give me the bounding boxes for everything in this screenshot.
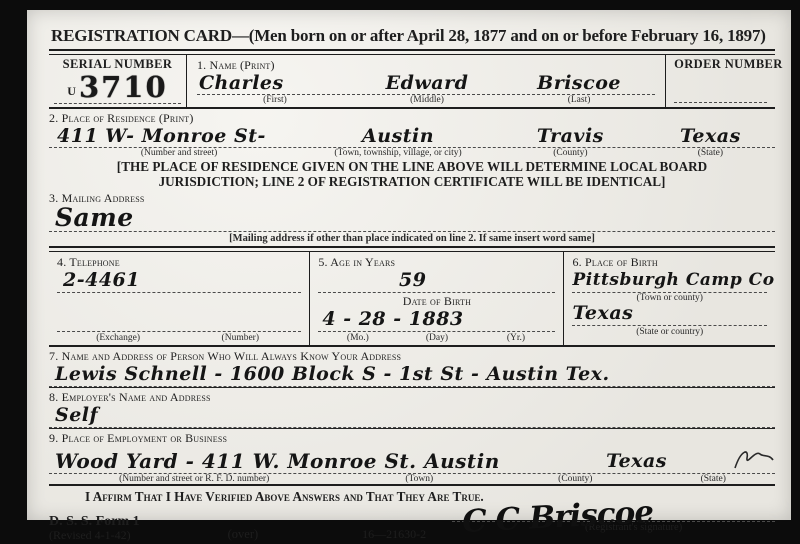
- birthplace-town-line: Pittsburgh Camp Co: [572, 270, 767, 293]
- telephone-box: 4. Telephone 2-4461 (Exchange) (Number): [49, 252, 310, 345]
- residence-sublabel-street: (Number and street): [49, 148, 301, 158]
- age-label: 5. Age in Years: [318, 254, 555, 270]
- name-sublabel-first: (First): [197, 95, 351, 105]
- signature-block: C C Briscoe (Registrant's signature): [452, 515, 775, 533]
- contact-value: Lewis Schnell - 1600 Block S - 1st St - …: [55, 364, 610, 385]
- birthplace-state: Texas: [572, 303, 633, 324]
- residence-state: Texas: [646, 126, 775, 147]
- mailing-entry-line: Same: [49, 206, 775, 231]
- order-number-box: ORDER NUMBER: [666, 55, 775, 107]
- card-title: REGISTRATION CARD—(Men born on or after …: [51, 26, 775, 46]
- dob-sublabel-month: (Mo.): [318, 333, 397, 343]
- dob-sublabels: (Mo.) (Day) (Yr.): [318, 332, 555, 345]
- contact-section: 7. Name and Address of Person Who Will A…: [49, 347, 775, 388]
- contact-label: 7. Name and Address of Person Who Will A…: [49, 348, 775, 364]
- employment-value: Wood Yard - 411 W. Monroe St. Austin: [55, 451, 500, 472]
- jurisdiction-notice: [THE PLACE OF RESIDENCE GIVEN ON THE LIN…: [49, 160, 775, 189]
- form-id: D. S. S. Form 1: [49, 515, 140, 529]
- birthplace-town: Pittsburgh Camp Co: [572, 270, 774, 291]
- age-entry-line: 59: [318, 270, 555, 293]
- telephone-label: 4. Telephone: [57, 254, 301, 270]
- serial-number-line: U 3710: [54, 73, 181, 104]
- residence-sublabel-state: (State): [646, 148, 775, 158]
- telephone-value: 2-4461: [63, 270, 140, 291]
- employer-value: Self: [55, 405, 98, 426]
- telephone-sublabels: (Exchange) (Number): [57, 332, 301, 345]
- jurisdiction-notice-line2: JURISDICTION; LINE 2 OF REGISTRATION CER…: [49, 175, 775, 190]
- serial-number-box: SERIAL NUMBER U 3710: [49, 55, 187, 107]
- age-box: 5. Age in Years 59 Date of Birth 4 - 28 …: [310, 252, 564, 345]
- dob-entry-line: 4 - 28 - 1883: [318, 309, 555, 332]
- name-first: Charles: [197, 73, 351, 94]
- mailing-value: Same: [55, 206, 134, 230]
- employer-section: 8. Employer's Name and Address Self: [49, 388, 775, 429]
- dob-label: Date of Birth: [318, 293, 555, 309]
- serial-prefix: U: [67, 84, 76, 102]
- employment-sublabels: (Number and street or R. F. D. number) (…: [49, 474, 775, 484]
- contact-entry-line: Lewis Schnell - 1600 Block S - 1st St - …: [49, 364, 775, 387]
- employment-state: Texas: [606, 451, 667, 472]
- telephone-sublabel-number: (Number): [179, 333, 301, 343]
- top-row: SERIAL NUMBER U 3710 1. Name (Print) Cha…: [49, 55, 775, 109]
- residence-county: Travis: [495, 126, 646, 147]
- age-value: 59: [399, 270, 426, 291]
- mailing-label: 3. Mailing Address: [49, 190, 775, 206]
- dob-sublabel-day: (Day): [397, 333, 476, 343]
- telephone-spacer: [57, 293, 301, 331]
- employer-entry-line: Self: [49, 405, 775, 428]
- pen-squiggle-mark: [733, 446, 775, 472]
- birthplace-state-line: Texas: [572, 303, 767, 326]
- residence-town: Austin: [301, 126, 495, 147]
- employment-sublabel-county: (County): [499, 474, 651, 484]
- serial-number-value: 3710: [79, 73, 168, 102]
- residence-entry-line: 411 W- Monroe St- Austin Travis Texas: [49, 126, 775, 148]
- form-revision: (Revised 4-1-42): [49, 529, 140, 542]
- name-sublabel-middle: (Middle): [351, 95, 503, 105]
- employment-section: 9. Place of Employment or Business Wood …: [49, 429, 775, 486]
- residence-number-street: 411 W- Monroe St-: [49, 126, 301, 147]
- employment-sublabel-state: (State): [652, 474, 775, 484]
- residence-sublabel-town: (Town, township, village, or city): [301, 148, 495, 158]
- dob-sublabel-year: (Yr.): [476, 333, 555, 343]
- residence-sublabels: (Number and street) (Town, township, vil…: [49, 148, 775, 158]
- employment-divider: [49, 484, 775, 486]
- jurisdiction-notice-line1: [THE PLACE OF RESIDENCE GIVEN ON THE LIN…: [49, 160, 775, 175]
- residence-sublabel-county: (County): [495, 148, 646, 158]
- birthplace-label: 6. Place of Birth: [572, 254, 767, 270]
- order-number-blank-line: [674, 88, 767, 103]
- over-note: (over): [228, 515, 259, 542]
- order-number-label: ORDER NUMBER: [674, 57, 767, 72]
- residence-section: 2. Place of Residence (Print) 411 W- Mon…: [49, 109, 775, 189]
- name-middle: Edward: [351, 73, 503, 94]
- residence-label: 2. Place of Residence (Print): [49, 110, 775, 126]
- form-id-block: D. S. S. Form 1 (Revised 4-1-42): [49, 515, 140, 542]
- employment-label: 9. Place of Employment or Business: [49, 430, 775, 446]
- birthplace-state-sublabel: (State or country): [572, 327, 767, 337]
- telephone-entry-line: 2-4461: [57, 270, 301, 293]
- dob-value: 4 - 28 - 1883: [322, 309, 463, 330]
- birthplace-box: 6. Place of Birth Pittsburgh Camp Co (To…: [564, 252, 775, 345]
- name-entry-line: Charles Edward Briscoe: [197, 73, 655, 95]
- employment-entry-line: Wood Yard - 411 W. Monroe St. Austin Tex…: [49, 446, 775, 474]
- employment-sublabel-town: (Town): [339, 474, 499, 484]
- employer-label: 8. Employer's Name and Address: [49, 389, 775, 405]
- registration-card: REGISTRATION CARD—(Men born on or after …: [27, 10, 791, 520]
- name-sublabels: (First) (Middle) (Last): [197, 95, 655, 105]
- name-sublabel-last: (Last): [503, 95, 655, 105]
- phone-age-birth-row: 4. Telephone 2-4461 (Exchange) (Number) …: [49, 252, 775, 347]
- birthplace-state-sublabel-row: (State or country): [572, 326, 767, 339]
- name-last: Briscoe: [503, 73, 655, 94]
- telephone-sublabel-exchange: (Exchange): [57, 333, 179, 343]
- employment-sublabel-street: (Number and street or R. F. D. number): [49, 474, 339, 484]
- mailing-sublabel: [Mailing address if other than place ind…: [49, 232, 775, 246]
- card-footer: D. S. S. Form 1 (Revised 4-1-42) (over) …: [49, 515, 775, 542]
- mailing-section: 3. Mailing Address Same [Mailing address…: [49, 189, 775, 252]
- name-box: 1. Name (Print) Charles Edward Briscoe (…: [187, 55, 666, 107]
- name-label: 1. Name (Print): [197, 57, 655, 73]
- print-code: 16—21630-2: [362, 515, 426, 542]
